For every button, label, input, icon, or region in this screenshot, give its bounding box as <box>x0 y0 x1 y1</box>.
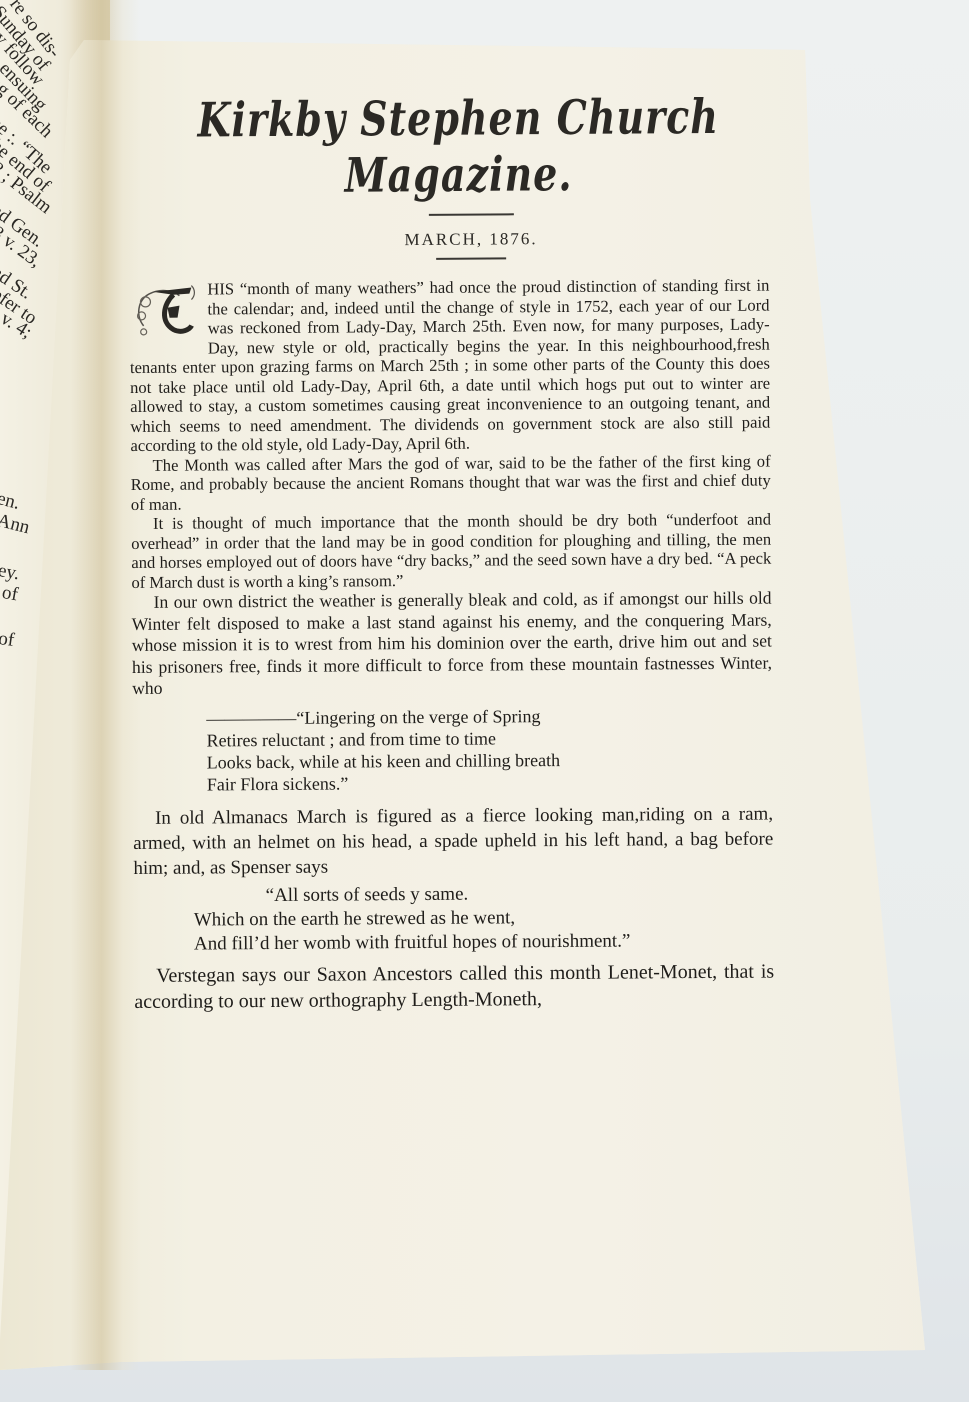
left-page-text: Ann <box>0 510 32 539</box>
quoted-verse: —————“Lingering on the verge of Spring R… <box>206 703 773 795</box>
dateline: MARCH, 1876. <box>151 227 791 251</box>
article-paragraph: In our own district the weather is gener… <box>131 588 772 700</box>
divider <box>436 257 506 259</box>
spenser-quote: “All sorts of seeds y same. Which on the… <box>194 880 774 956</box>
ornamental-drop-cap-icon <box>133 282 199 340</box>
article-body: HIS “month of many weathers” had once th… <box>129 276 774 1015</box>
article-paragraph: It is thought of much importance that th… <box>131 510 772 592</box>
divider <box>428 213 513 216</box>
page-content: Kirkby Stephen Church Magazine. MARCH, 1… <box>128 88 774 1015</box>
left-page-text: of <box>0 628 16 652</box>
article-paragraph: Verstegan says our Saxon Ancestors calle… <box>134 958 774 1014</box>
verse-line: And fill’d her womb with fruitful hopes … <box>194 928 774 956</box>
article-paragraph: In old Almanacs March is figured as a fi… <box>133 801 774 880</box>
article-paragraph: HIS “month of many weathers” had once th… <box>129 276 770 456</box>
verse-line: Fair Flora sickens.” <box>207 769 773 795</box>
article-paragraph: The Month was called after Mars the god … <box>131 451 771 514</box>
masthead-title: Kirkby Stephen Church Magazine. <box>148 88 769 205</box>
left-page-text: of <box>0 582 19 606</box>
